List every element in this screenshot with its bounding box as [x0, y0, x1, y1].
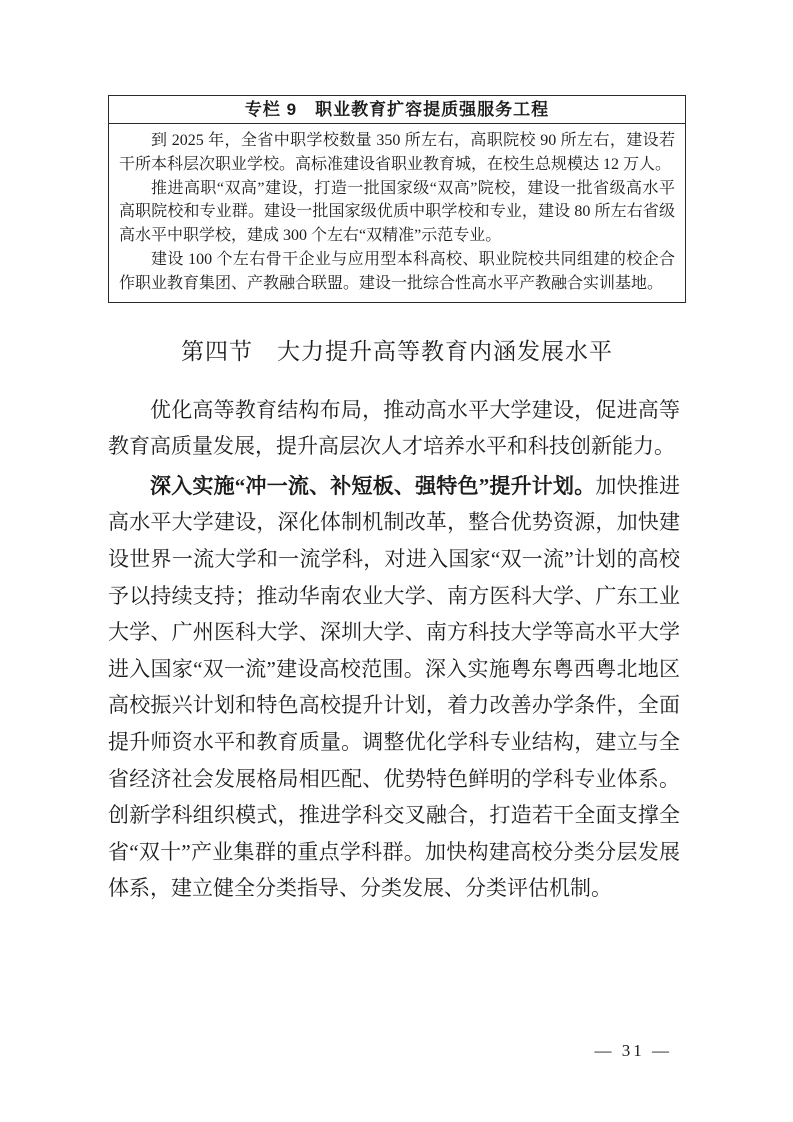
paragraph-2-body: 加快推进高水平大学建设，深化体制机制改革，整合优势资源，加快建设世界一流大学和一… — [108, 474, 680, 901]
feature-box-paragraph: 建设 100 个左右骨干企业与应用型本科高校、职业院校共同组建的校企合作职业教育… — [119, 248, 675, 296]
document-page: 专栏 9 职业教育扩容提质强服务工程 到 2025 年，全省中职学校数量 350… — [0, 0, 793, 1122]
feature-box-body: 到 2025 年，全省中职学校数量 350 所左右，高职院校 90 所左右，建设… — [109, 124, 685, 302]
feature-box-paragraph: 推进高职“双高”建设，打造一批国家级“双高”院校，建设一批省级高水平高职院校和专… — [119, 177, 675, 248]
feature-box: 专栏 9 职业教育扩容提质强服务工程 到 2025 年，全省中职学校数量 350… — [108, 95, 686, 303]
feature-box-paragraph: 到 2025 年，全省中职学校数量 350 所左右，高职院校 90 所左右，建设… — [119, 129, 675, 177]
section-heading: 第四节 大力提升高等教育内涵发展水平 — [108, 333, 686, 366]
body-paragraph-2: 深入实施“冲一流、补短板、强特色”提升计划。加快推进高水平大学建设，深化体制机制… — [108, 468, 680, 907]
body-paragraph-1: 优化高等教育结构布局，推动高水平大学建设，促进高等教育高质量发展，提升高层次人才… — [108, 392, 680, 465]
paragraph-2-bold-lead: 深入实施“冲一流、补短板、强特色”提升计划。 — [150, 474, 595, 498]
feature-box-title: 专栏 9 职业教育扩容提质强服务工程 — [109, 96, 685, 124]
page-number: — 31 — — [595, 1041, 673, 1061]
